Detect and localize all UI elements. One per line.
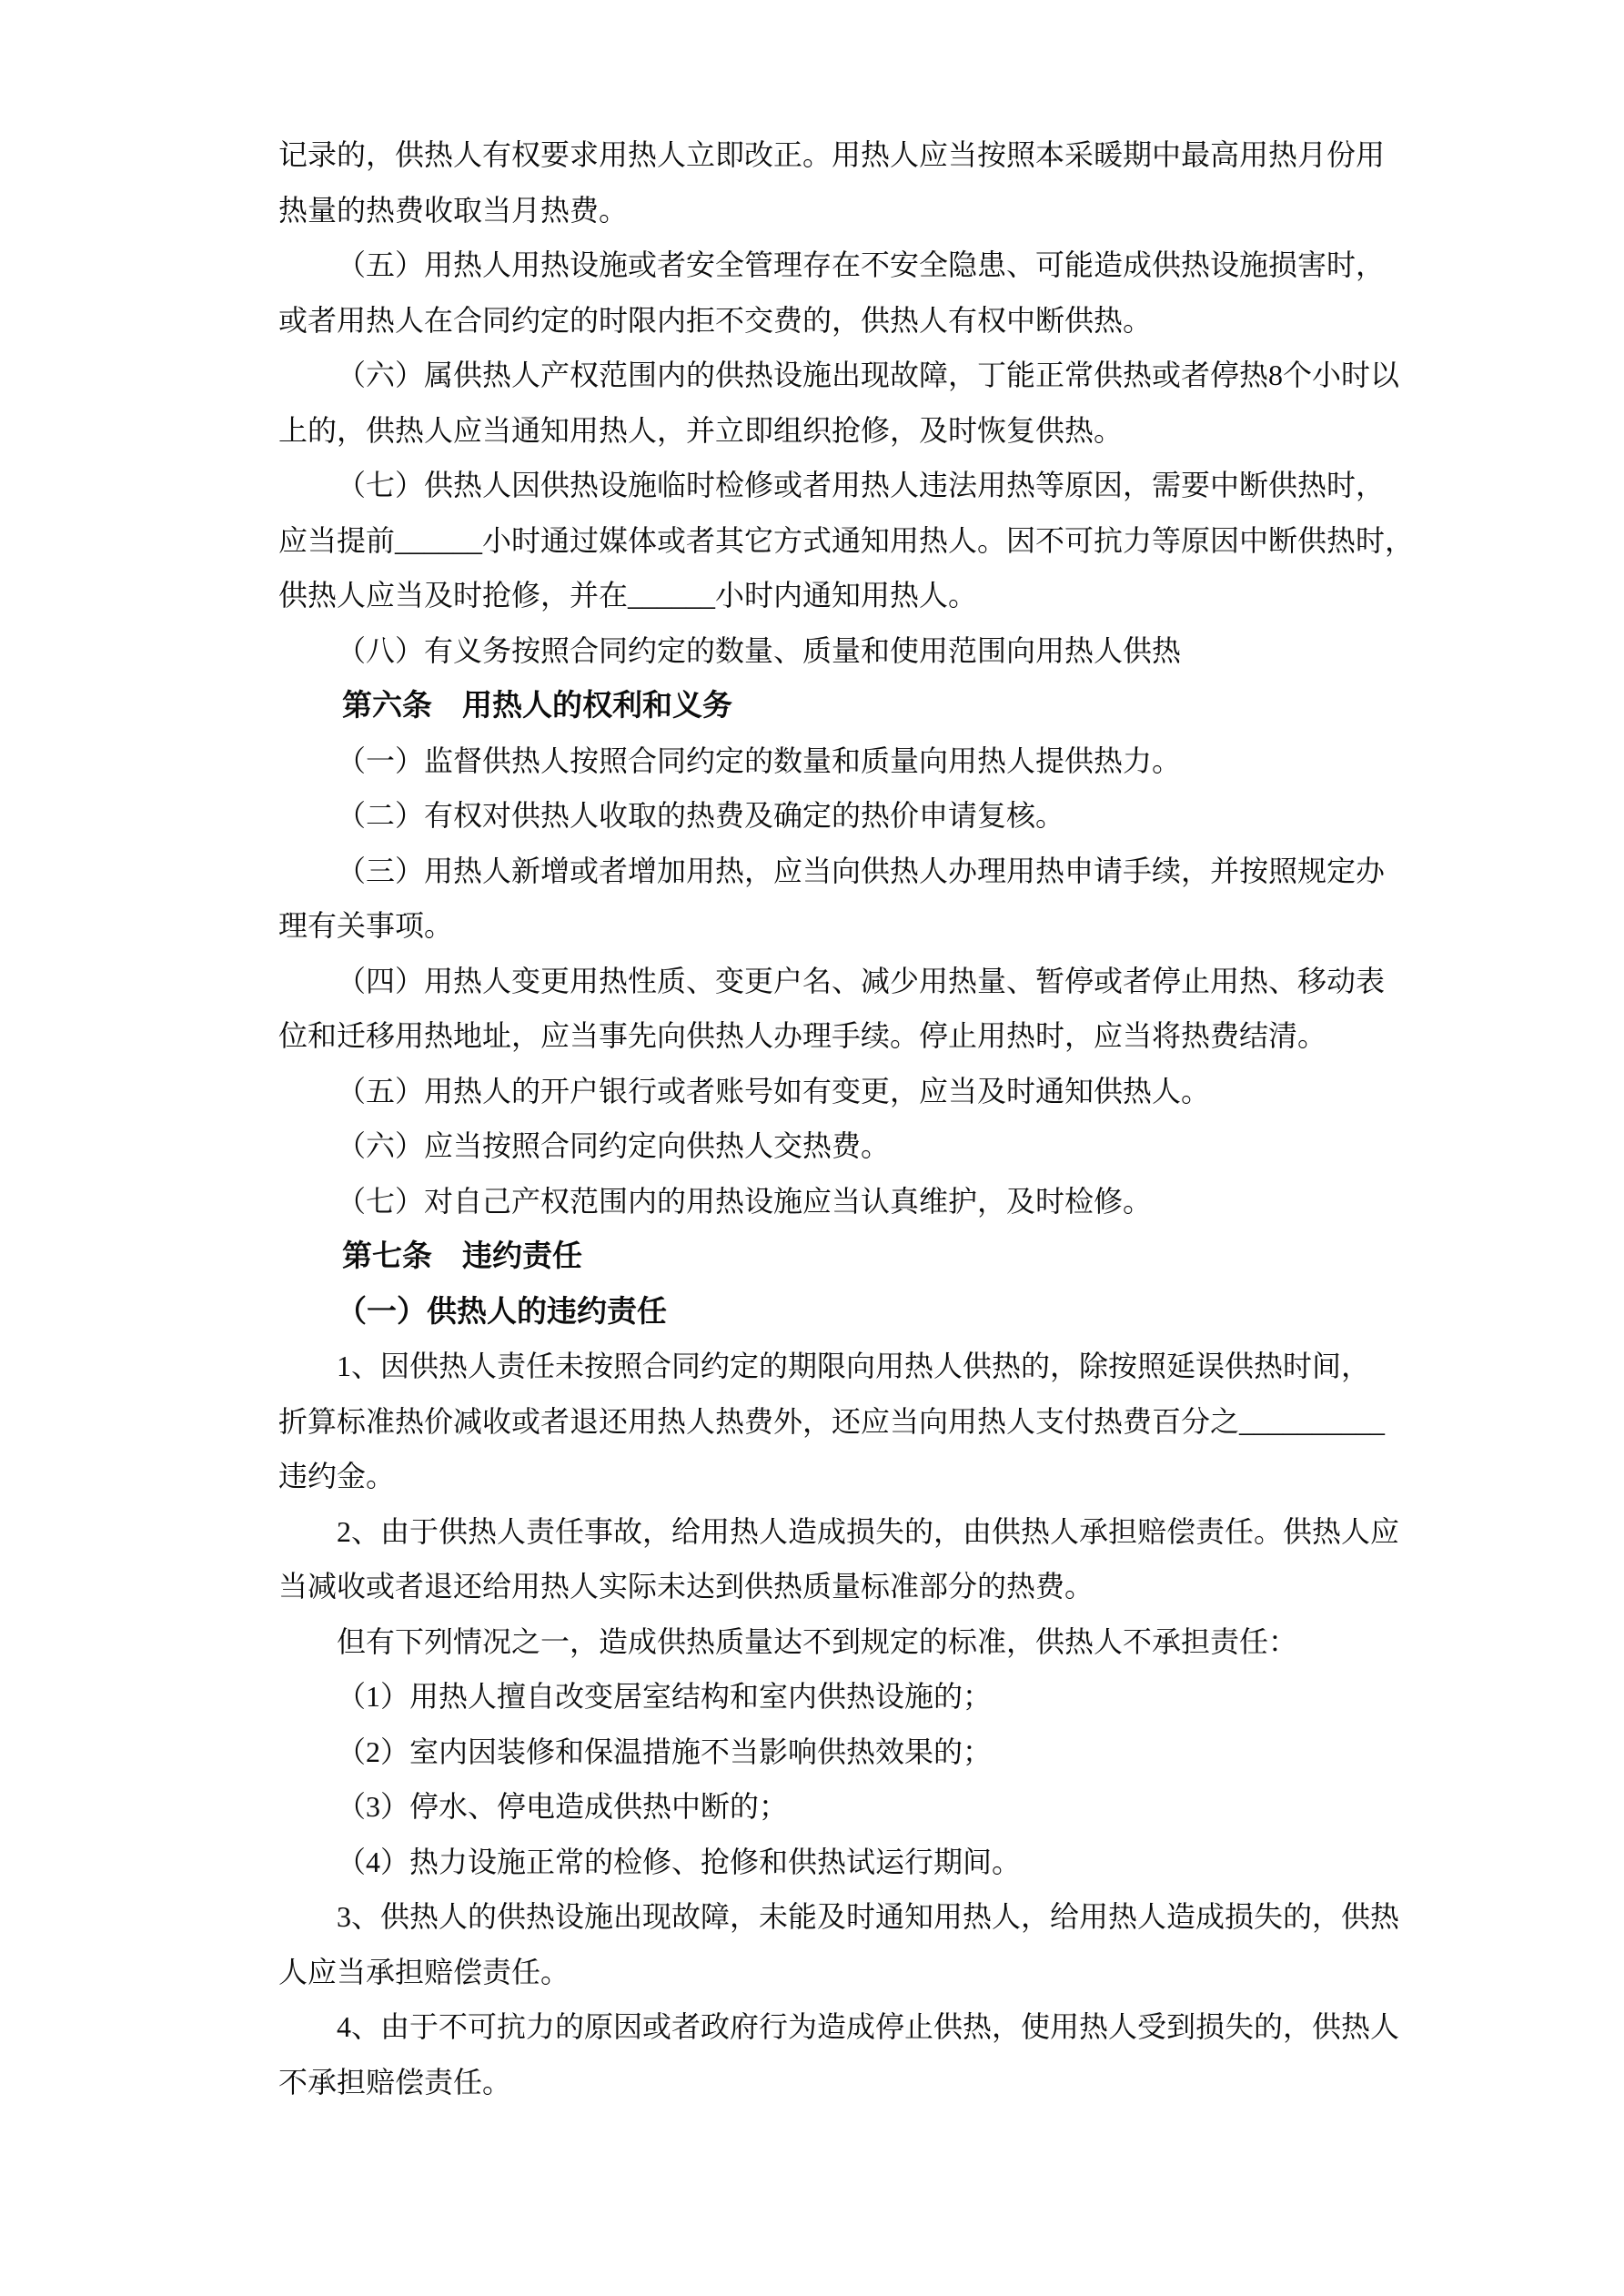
text-line: （二）有权对供热人收取的热费及确定的热价申请复核。 bbox=[278, 788, 1385, 844]
heading-article-7: 第七条 违约责任 bbox=[278, 1229, 1385, 1284]
text-line: 但有下列情况之一，造成供热质量达不到规定的标准，供热人不承担责任： bbox=[278, 1614, 1385, 1670]
text-line: （八）有义务按照合同约定的数量、质量和使用范围向用热人供热 bbox=[278, 623, 1385, 679]
heading-article-6: 第六条 用热人的权利和义务 bbox=[278, 678, 1385, 733]
text-line: 当减收或者退还给用热人实际未达到供热质量标准部分的热费。 bbox=[278, 1559, 1385, 1614]
text-line: （五）用热人用热设施或者安全管理存在不安全隐患、可能造成供热设施损害时， bbox=[278, 238, 1385, 293]
text-line-with-blank: 应当提前______小时通过媒体或者其它方式通知用热人。因不可抗力等原因中断供热… bbox=[278, 513, 1385, 569]
text-line: 违约金。 bbox=[278, 1449, 1385, 1504]
text-line: 1、因供热人责任未按照合同约定的期限向用热人供热的，除按照延误供热时间， bbox=[278, 1339, 1385, 1394]
text-line: （六）应当按照合同约定向供热人交热费。 bbox=[278, 1118, 1385, 1174]
list-item: （4）热力设施正常的检修、抢修和供热试运行期间。 bbox=[278, 1835, 1385, 1890]
list-item: （2）室内因装修和保温措施不当影响供热效果的； bbox=[278, 1725, 1385, 1780]
text-line: （四）用热人变更用热性质、变更户名、减少用热量、暂停或者停止用热、移动表 bbox=[278, 954, 1385, 1009]
text-line: 不承担赔偿责任。 bbox=[278, 2055, 1385, 2110]
text-line: 人应当承担赔偿责任。 bbox=[278, 1945, 1385, 2000]
text-line: 记录的，供热人有权要求用热人立即改正。用热人应当按照本采暖期中最高用热月份用 bbox=[278, 127, 1385, 183]
text-line: （七）供热人因供热设施临时检修或者用热人违法用热等原因，需要中断供热时， bbox=[278, 458, 1385, 513]
text-line: （六）属供热人产权范围内的供热设施出现故障，丁能正常供热或者停热8个小时以 bbox=[278, 348, 1385, 403]
text-line: 3、供热人的供热设施出现故障，未能及时通知用热人，给用热人造成损失的，供热 bbox=[278, 1889, 1385, 1945]
document-page: 记录的，供热人有权要求用热人立即改正。用热人应当按照本采暖期中最高用热月份用 热… bbox=[0, 0, 1624, 2296]
text-line: 热量的热费收取当月热费。 bbox=[278, 183, 1385, 238]
text-line: 2、由于供热人责任事故，给用热人造成损失的，由供热人承担赔偿责任。供热人应 bbox=[278, 1504, 1385, 1560]
text-line: （七）对自己产权范围内的用热设施应当认真维护，及时检修。 bbox=[278, 1174, 1385, 1229]
contract-text-block: 记录的，供热人有权要求用热人立即改正。用热人应当按照本采暖期中最高用热月份用 热… bbox=[278, 127, 1385, 2109]
text-line-with-blank: 折算标准热价减收或者退还用热人热费外，还应当向用热人支付热费百分之_______… bbox=[278, 1394, 1385, 1450]
text-line: （五）用热人的开户银行或者账号如有变更，应当及时通知供热人。 bbox=[278, 1064, 1385, 1119]
text-line: 4、由于不可抗力的原因或者政府行为造成停止供热，使用热人受到损失的，供热人 bbox=[278, 1999, 1385, 2055]
list-item: （3）停水、停电造成供热中断的； bbox=[278, 1779, 1385, 1835]
text-line: （一）监督供热人按照合同约定的数量和质量向用热人提供热力。 bbox=[278, 733, 1385, 789]
text-line: 或者用热人在合同约定的时限内拒不交费的，供热人有权中断供热。 bbox=[278, 293, 1385, 349]
list-item: （1）用热人擅自改变居室结构和室内供热设施的； bbox=[278, 1669, 1385, 1725]
text-line-with-blank: 供热人应当及时抢修，并在______小时内通知用热人。 bbox=[278, 568, 1385, 623]
text-line: （三）用热人新增或者增加用热，应当向供热人办理用热申请手续，并按照规定办 bbox=[278, 844, 1385, 899]
text-line: 位和迁移用热地址，应当事先向供热人办理手续。停止用热时，应当将热费结清。 bbox=[278, 1008, 1385, 1064]
text-line: 上的，供热人应当通知用热人，并立即组织抢修，及时恢复供热。 bbox=[278, 403, 1385, 459]
heading-breach-liability-supplier: （一）供热人的违约责任 bbox=[278, 1284, 1385, 1340]
text-line: 理有关事项。 bbox=[278, 898, 1385, 954]
